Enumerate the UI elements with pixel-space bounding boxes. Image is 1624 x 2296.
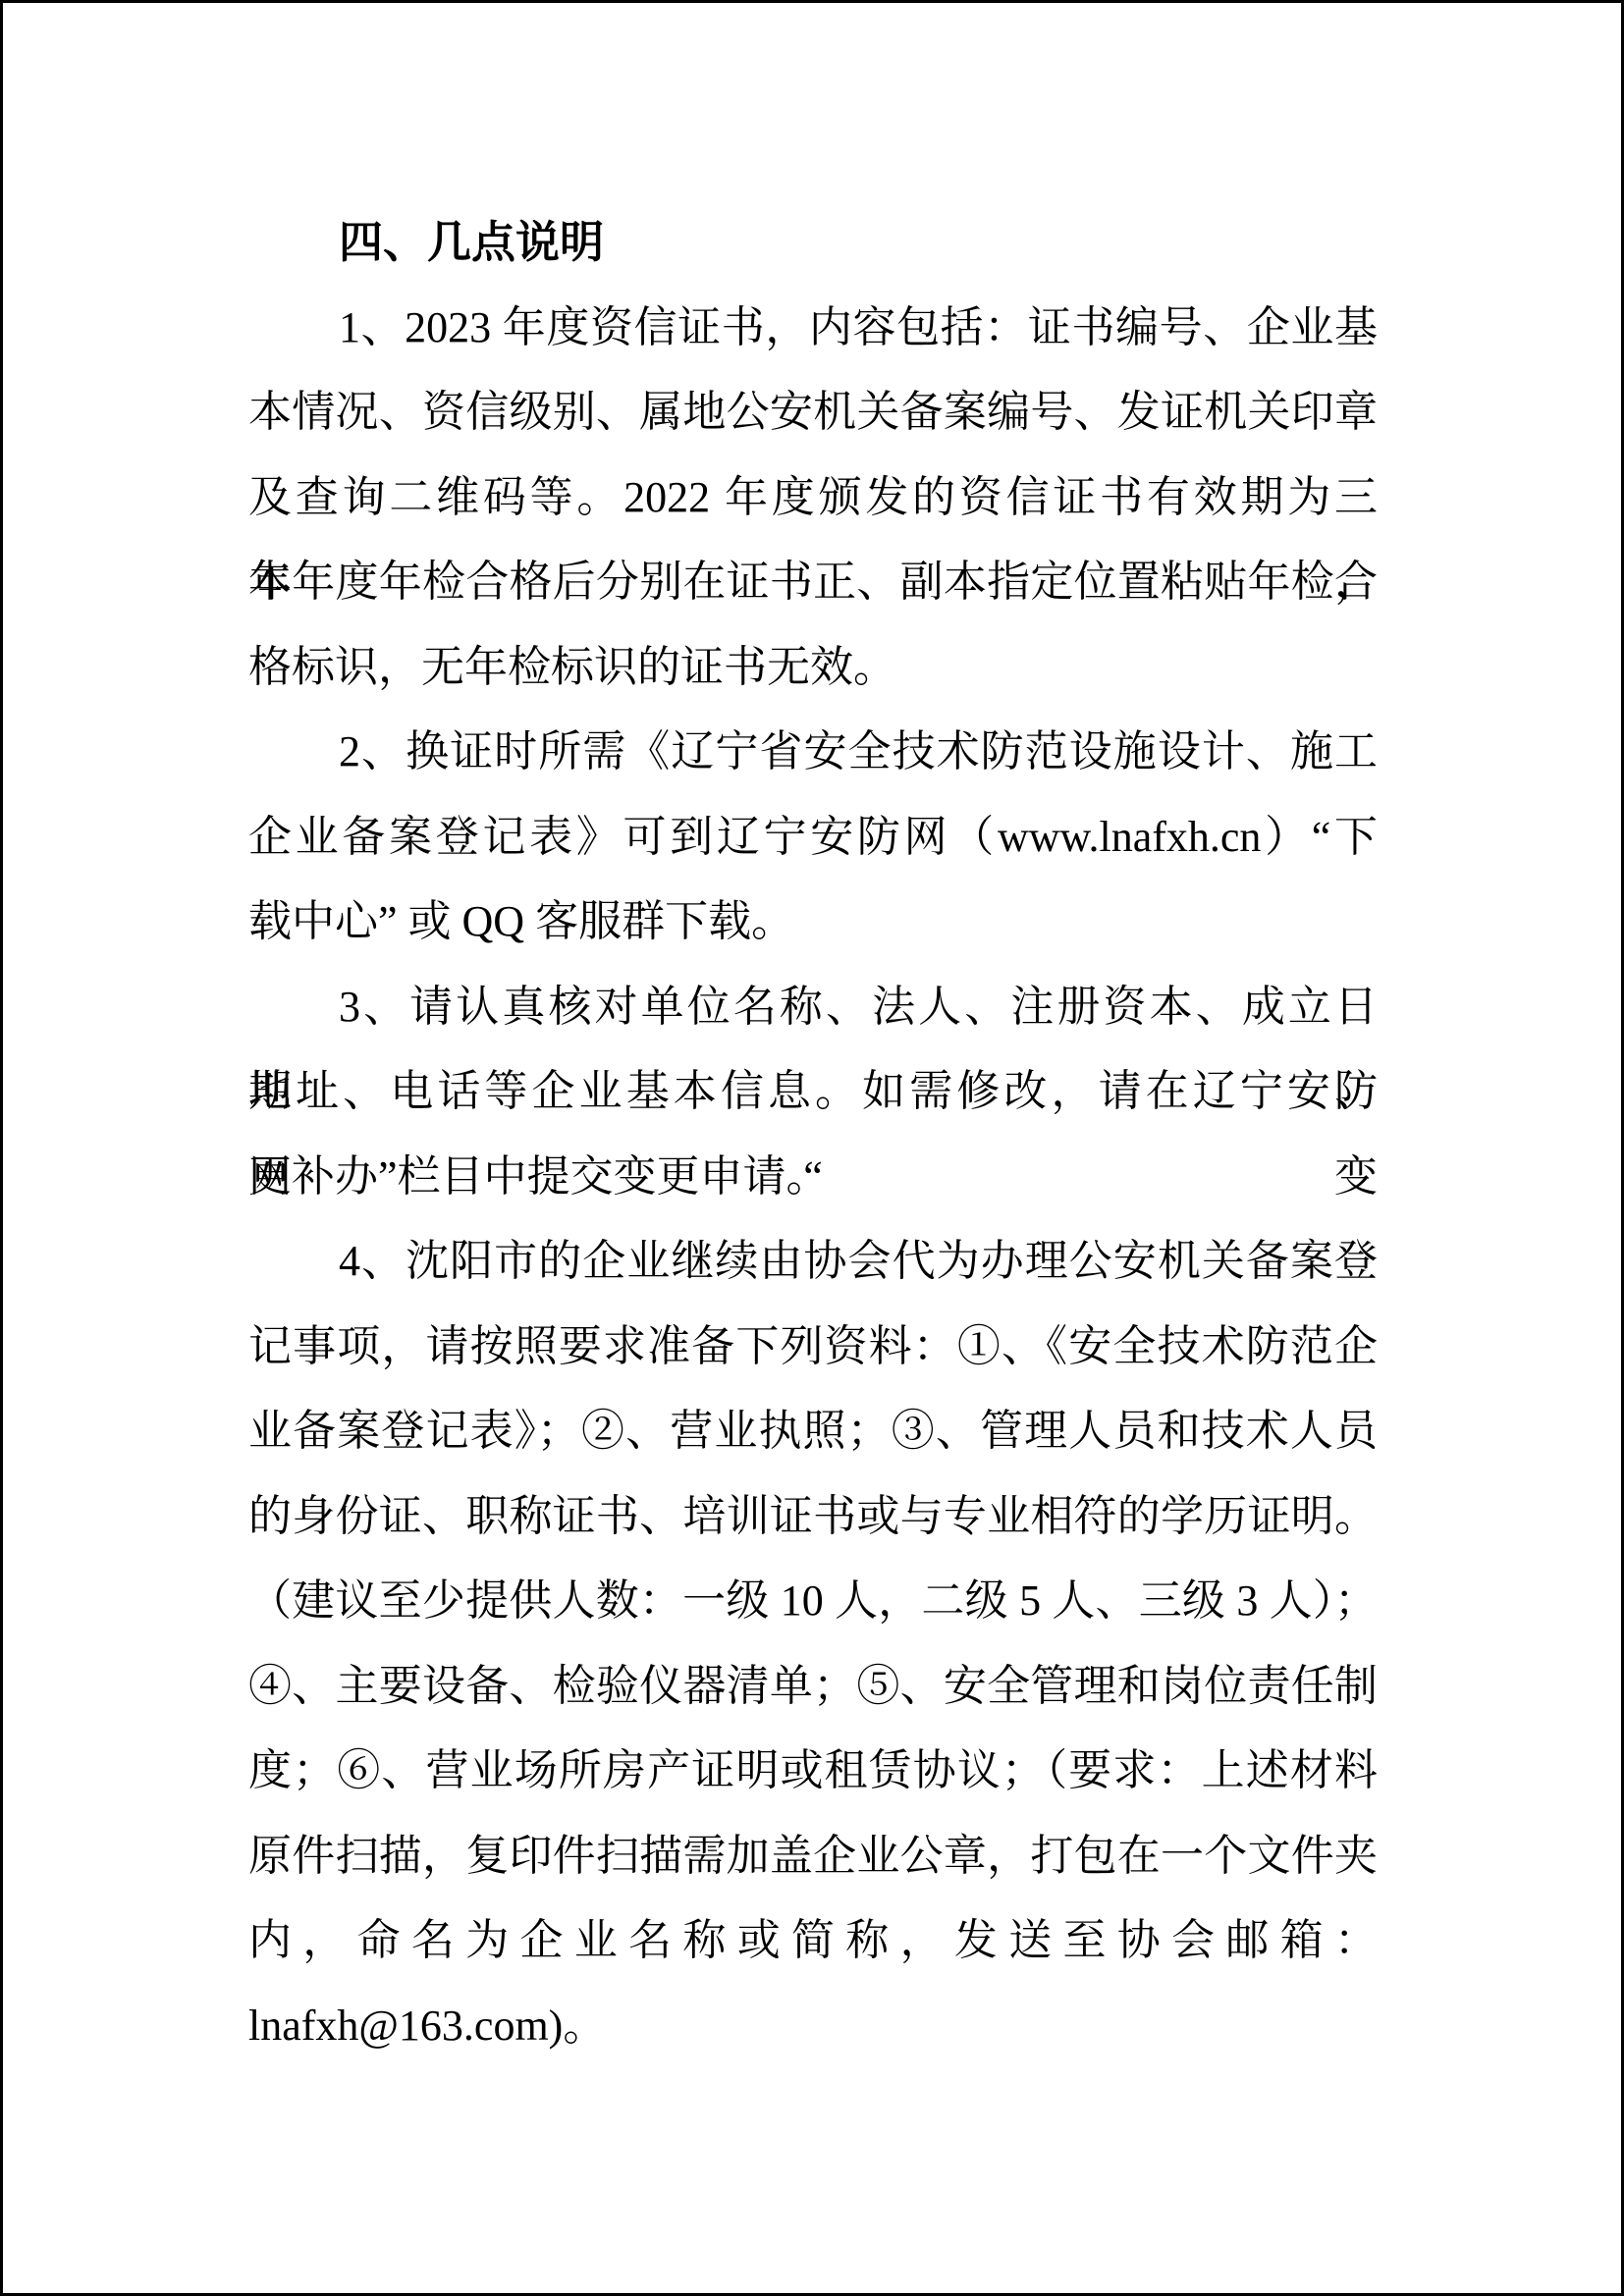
text-line: 企业备案登记表》可到辽宁安防网（www.lnafxh.cn）“下 xyxy=(248,795,1378,881)
text-line: 4、沈阳市的企业继续由协会代为办理公安机关备案登 xyxy=(248,1219,1378,1305)
text-line: 本年度年检合格后分别在证书正、副本指定位置粘贴年检合 xyxy=(248,540,1378,625)
text-line: 记事项，请按照要求准备下列资料：①、《安全技术防范企 xyxy=(248,1305,1378,1390)
text-line: 3、请认真核对单位名称、法人、注册资本、成立日期、 xyxy=(248,965,1378,1050)
text-line: 及查询二维码等。2022 年度颁发的资信证书有效期为三年， xyxy=(248,455,1378,541)
text-line: 的身份证、职称证书、培训证书或与专业相符的学历证明。 xyxy=(248,1474,1378,1560)
text-line: （建议至少提供人数：一级 10 人，二级 5 人、三级 3 人）； xyxy=(248,1559,1378,1644)
text-line: 原件扫描，复印件扫描需加盖企业公章，打包在一个文件夹 xyxy=(248,1814,1378,1899)
document-page: 四、几点说明 1、2023 年度资信证书，内容包括：证书编号、企业基 本情况、资… xyxy=(0,0,1624,2296)
text-line: 本情况、资信级别、属地公安机关备案编号、发证机关印章 xyxy=(248,370,1378,455)
section-heading: 四、几点说明 xyxy=(248,200,1378,286)
text-line: ④、主要设备、检验仪器清单；⑤、安全管理和岗位责任制 xyxy=(248,1644,1378,1730)
text-line: 业备案登记表》；②、营业执照；③、管理人员和技术人员 xyxy=(248,1389,1378,1474)
text-line: 地址、电话等企业基本信息。如需修改，请在辽宁安防网“变 xyxy=(248,1049,1378,1135)
text-line: 度；⑥、营业场所房产证明或租赁协议；（要求：上述材料 xyxy=(248,1729,1378,1814)
text-line: 2、换证时所需《辽宁省安全技术防范设施设计、施工 xyxy=(248,710,1378,795)
text-line: 载中心” 或 QQ 客服群下载。 xyxy=(248,880,1378,965)
text-line: 内，命名为企业名称或简称，发送至协会邮箱： xyxy=(248,1898,1378,1984)
text-line: 格标识，无年检标识的证书无效。 xyxy=(248,625,1378,711)
document-text: 四、几点说明 1、2023 年度资信证书，内容包括：证书编号、企业基 本情况、资… xyxy=(248,200,1378,2068)
text-line: 1、2023 年度资信证书，内容包括：证书编号、企业基 xyxy=(248,286,1378,371)
text-line: lnafxh@163.com)。 xyxy=(248,1984,1378,2069)
